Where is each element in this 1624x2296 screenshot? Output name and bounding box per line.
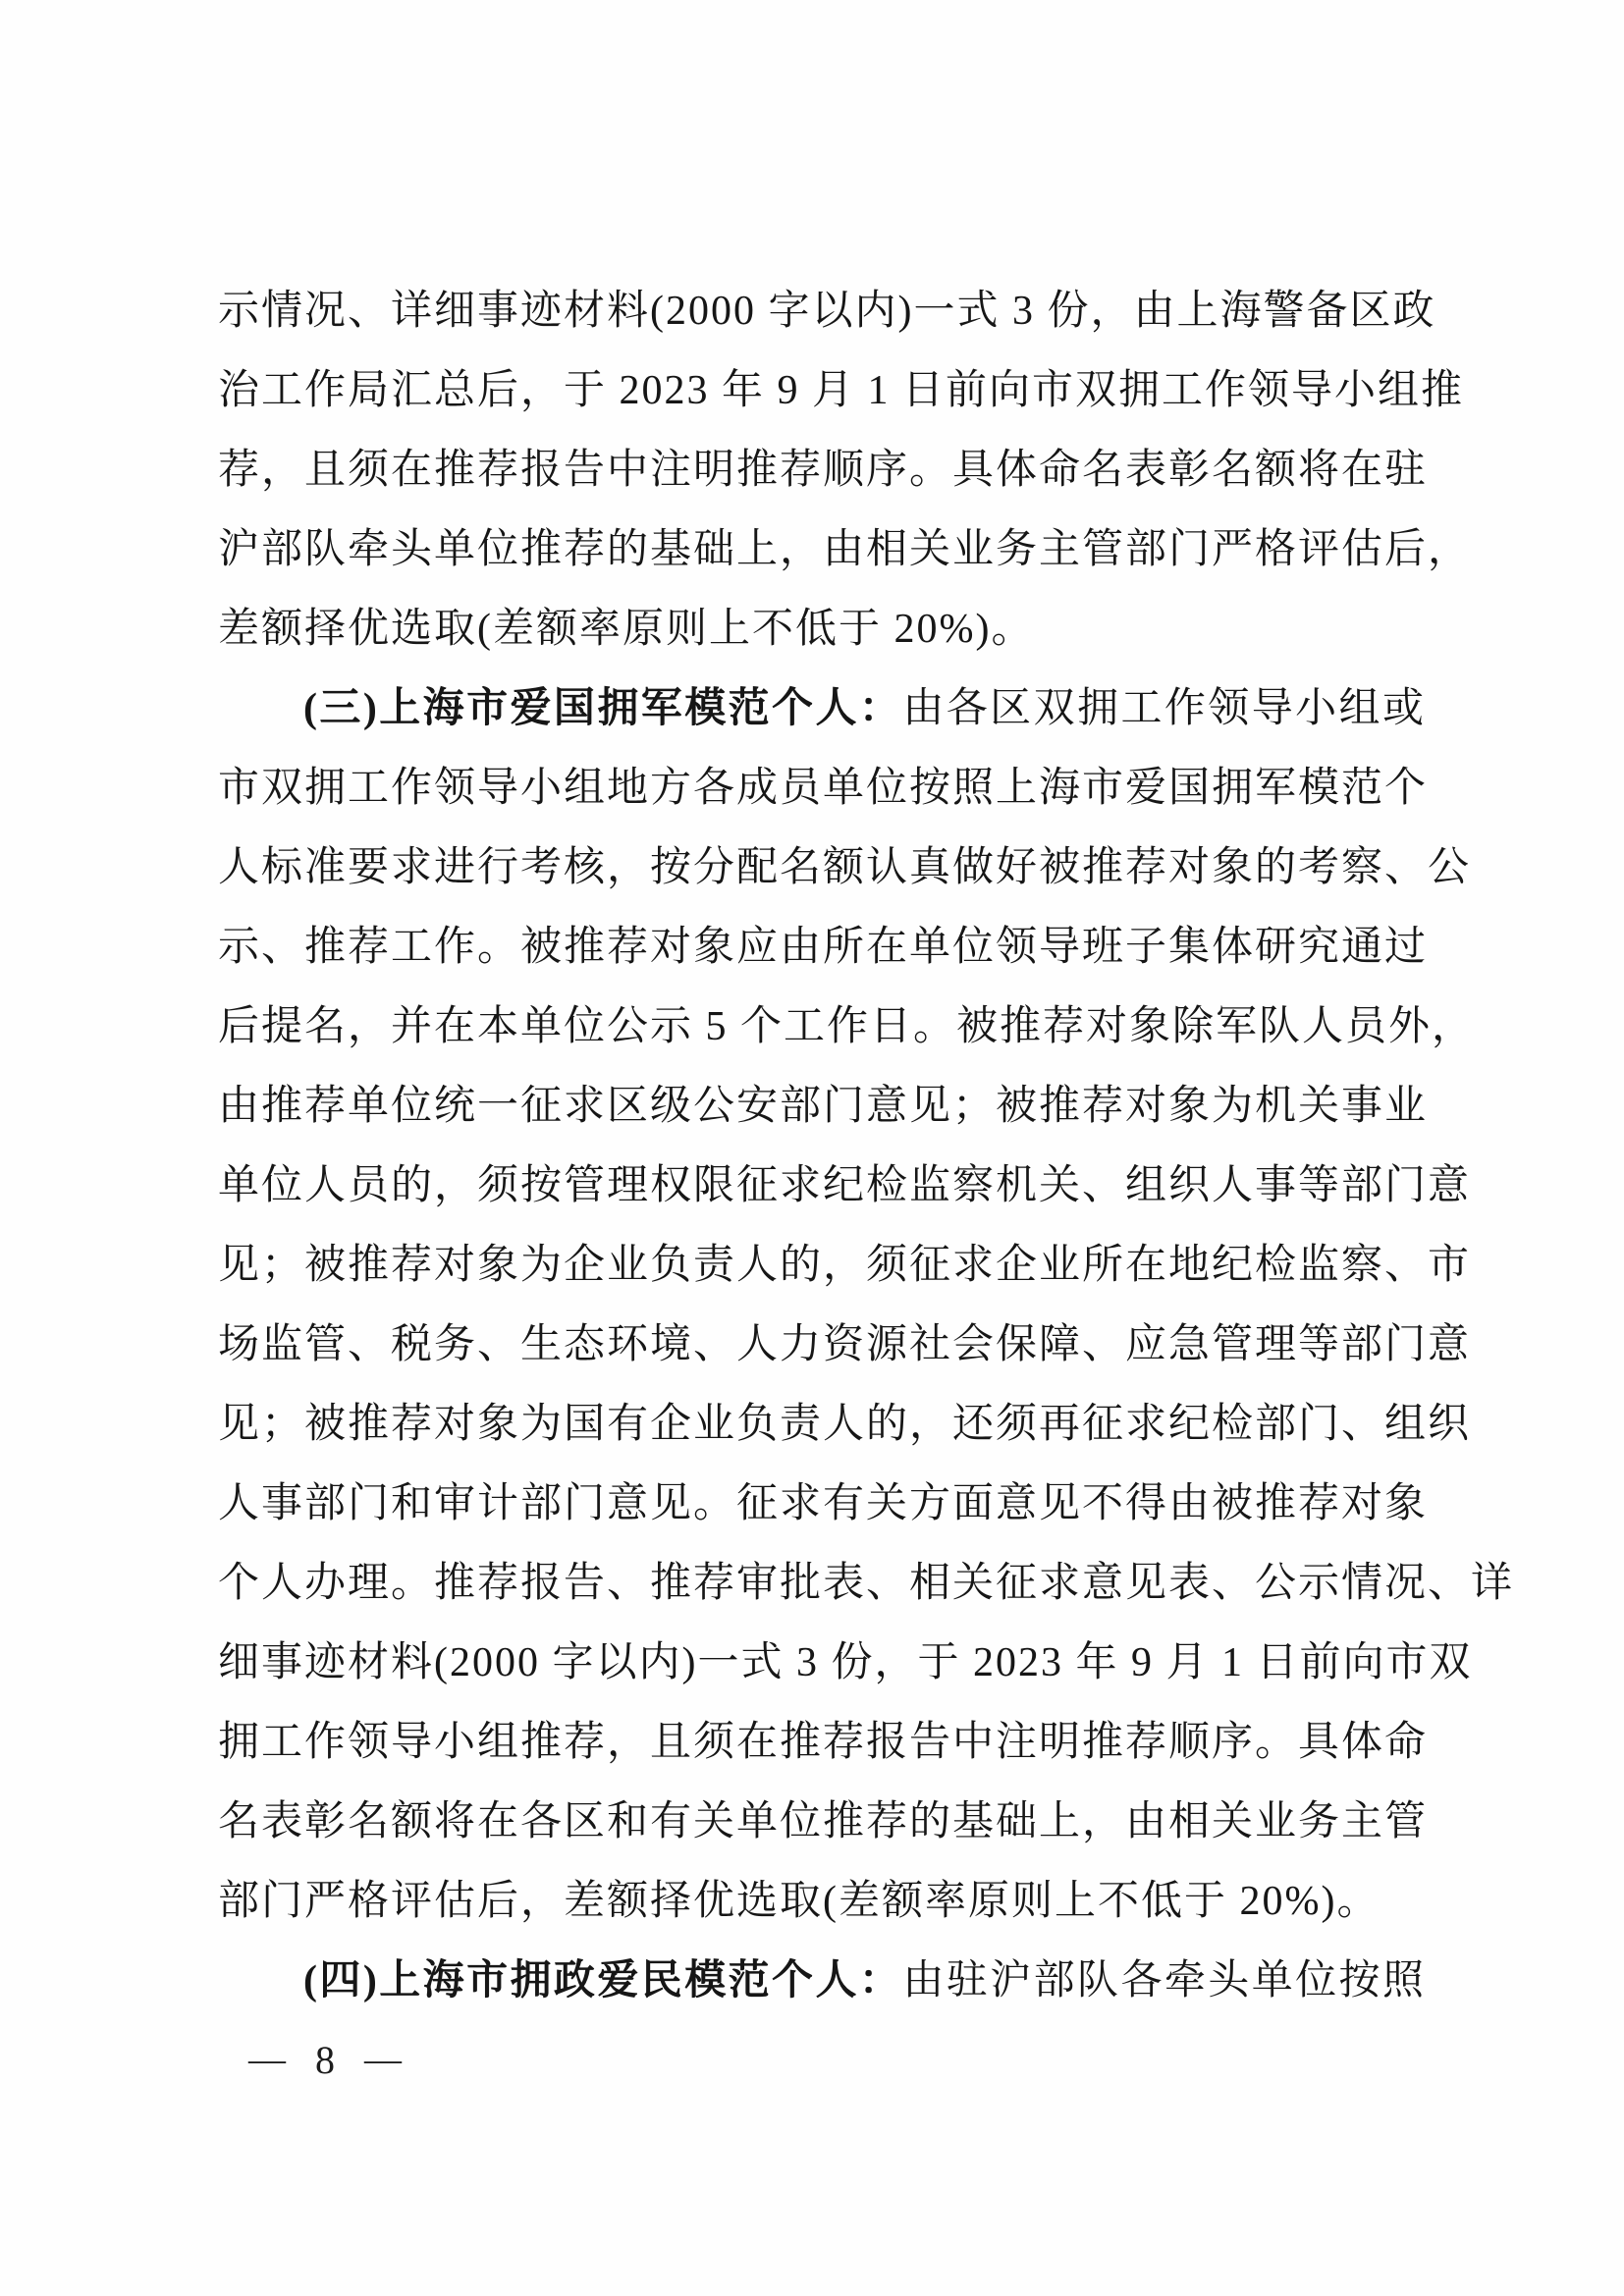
- document-line: 治工作局汇总后，于 2023 年 9 月 1 日前向市双拥工作领导小组推: [218, 351, 1426, 431]
- document-line: (四)上海市拥政爱民模范个人：由驻沪部队各牵头单位按照: [218, 1942, 1426, 2021]
- document-line: 示情况、详细事迹材料(2000 字以内)一式 3 份，由上海警备区政: [218, 272, 1426, 351]
- document-line: 场监管、税务、生态环境、人力资源社会保障、应急管理等部门意: [218, 1306, 1426, 1385]
- document-line: 拥工作领导小组推荐，且须在推荐报告中注明推荐顺序。具体命: [218, 1703, 1426, 1783]
- body-text: 单位人员的，须按管理权限征求纪检监察机关、组织人事等部门意: [218, 1163, 1471, 1208]
- document-line: 名表彰名额将在各区和有关单位推荐的基础上，由相关业务主管: [218, 1783, 1426, 1862]
- heading-text: (四)上海市拥政爱民模范个人：: [303, 1958, 902, 2003]
- body-text: 治工作局汇总后，于 2023 年 9 月 1 日前向市双拥工作领导小组推: [218, 368, 1464, 413]
- document-line: 部门严格评估后，差额择优选取(差额率原则上不低于 20%)。: [218, 1862, 1426, 1942]
- document-page: 示情况、详细事迹材料(2000 字以内)一式 3 份，由上海警备区政治工作局汇总…: [0, 0, 1624, 2296]
- body-text: 个人办理。推荐报告、推荐审批表、相关征求意见表、公示情况、详: [218, 1561, 1514, 1606]
- body-text: 场监管、税务、生态环境、人力资源社会保障、应急管理等部门意: [218, 1322, 1471, 1367]
- document-line: (三)上海市爱国拥军模范个人：由各区双拥工作领导小组或: [218, 669, 1426, 749]
- body-text: 示情况、详细事迹材料(2000 字以内)一式 3 份，由上海警备区政: [218, 289, 1435, 334]
- document-line: 细事迹材料(2000 字以内)一式 3 份，于 2023 年 9 月 1 日前向…: [218, 1624, 1426, 1703]
- body-text: 细事迹材料(2000 字以内)一式 3 份，于 2023 年 9 月 1 日前向…: [218, 1640, 1472, 1685]
- body-text: 市双拥工作领导小组地方各成员单位按照上海市爱国拥军模范个: [218, 766, 1428, 811]
- document-line: 见；被推荐对象为企业负责人的，须征求企业所在地纪检监察、市: [218, 1226, 1426, 1306]
- document-line: 由推荐单位统一征求区级公安部门意见；被推荐对象为机关事业: [218, 1067, 1426, 1147]
- page-number: 8: [315, 2037, 335, 2083]
- body-text: 荐，且须在推荐报告中注明推荐顺序。具体命名表彰名额将在驻: [218, 448, 1428, 493]
- document-line: 差额择优选取(差额率原则上不低于 20%)。: [218, 590, 1426, 669]
- document-line: 示、推荐工作。被推荐对象应由所在单位领导班子集体研究通过: [218, 908, 1426, 988]
- body-text: 由各区双拥工作领导小组或: [902, 686, 1426, 731]
- body-text: 由驻沪部队各牵头单位按照: [902, 1958, 1426, 2003]
- document-line: 见；被推荐对象为国有企业负责人的，还须再征求纪检部门、组织: [218, 1385, 1426, 1465]
- body-text: 差额择优选取(差额率原则上不低于 20%)。: [218, 607, 1034, 652]
- body-text: 名表彰名额将在各区和有关单位推荐的基础上，由相关业务主管: [218, 1799, 1428, 1844]
- body-text: 拥工作领导小组推荐，且须在推荐报告中注明推荐顺序。具体命: [218, 1720, 1428, 1765]
- document-line: 沪部队牵头单位推荐的基础上，由相关业务主管部门严格评估后，: [218, 510, 1426, 590]
- document-line: 人标准要求进行考核，按分配名额认真做好被推荐对象的考察、公: [218, 828, 1426, 908]
- body-text: 见；被推荐对象为国有企业负责人的，还须再征求纪检部门、组织: [218, 1402, 1471, 1447]
- document-line: 人事部门和审计部门意见。征求有关方面意见不得由被推荐对象: [218, 1465, 1426, 1544]
- document-line: 市双拥工作领导小组地方各成员单位按照上海市爱国拥军模范个: [218, 749, 1426, 828]
- document-line: 个人办理。推荐报告、推荐审批表、相关征求意见表、公示情况、详: [218, 1544, 1426, 1624]
- footer-dash-right: —: [364, 2038, 402, 2081]
- body-text: 由推荐单位统一征求区级公安部门意见；被推荐对象为机关事业: [218, 1084, 1428, 1129]
- body-text: 沪部队牵头单位推荐的基础上，由相关业务主管部门严格评估后，: [218, 527, 1471, 572]
- body-text: 人事部门和审计部门意见。征求有关方面意见不得由被推荐对象: [218, 1481, 1428, 1526]
- page-footer: — 8 —: [248, 2038, 402, 2081]
- body-text: 后提名，并在本单位公示 5 个工作日。被推荐对象除军队人员外，: [218, 1004, 1475, 1049]
- document-body: 示情况、详细事迹材料(2000 字以内)一式 3 份，由上海警备区政治工作局汇总…: [218, 272, 1426, 2021]
- footer-dash-left: —: [248, 2038, 286, 2081]
- body-text: 部门严格评估后，差额择优选取(差额率原则上不低于 20%)。: [218, 1879, 1380, 1924]
- document-line: 后提名，并在本单位公示 5 个工作日。被推荐对象除军队人员外，: [218, 988, 1426, 1067]
- document-line: 单位人员的，须按管理权限征求纪检监察机关、组织人事等部门意: [218, 1147, 1426, 1226]
- body-text: 人标准要求进行考核，按分配名额认真做好被推荐对象的考察、公: [218, 845, 1471, 890]
- heading-text: (三)上海市爱国拥军模范个人：: [303, 686, 902, 731]
- document-line: 荐，且须在推荐报告中注明推荐顺序。具体命名表彰名额将在驻: [218, 431, 1426, 510]
- body-text: 见；被推荐对象为企业负责人的，须征求企业所在地纪检监察、市: [218, 1243, 1471, 1288]
- body-text: 示、推荐工作。被推荐对象应由所在单位领导班子集体研究通过: [218, 925, 1428, 970]
